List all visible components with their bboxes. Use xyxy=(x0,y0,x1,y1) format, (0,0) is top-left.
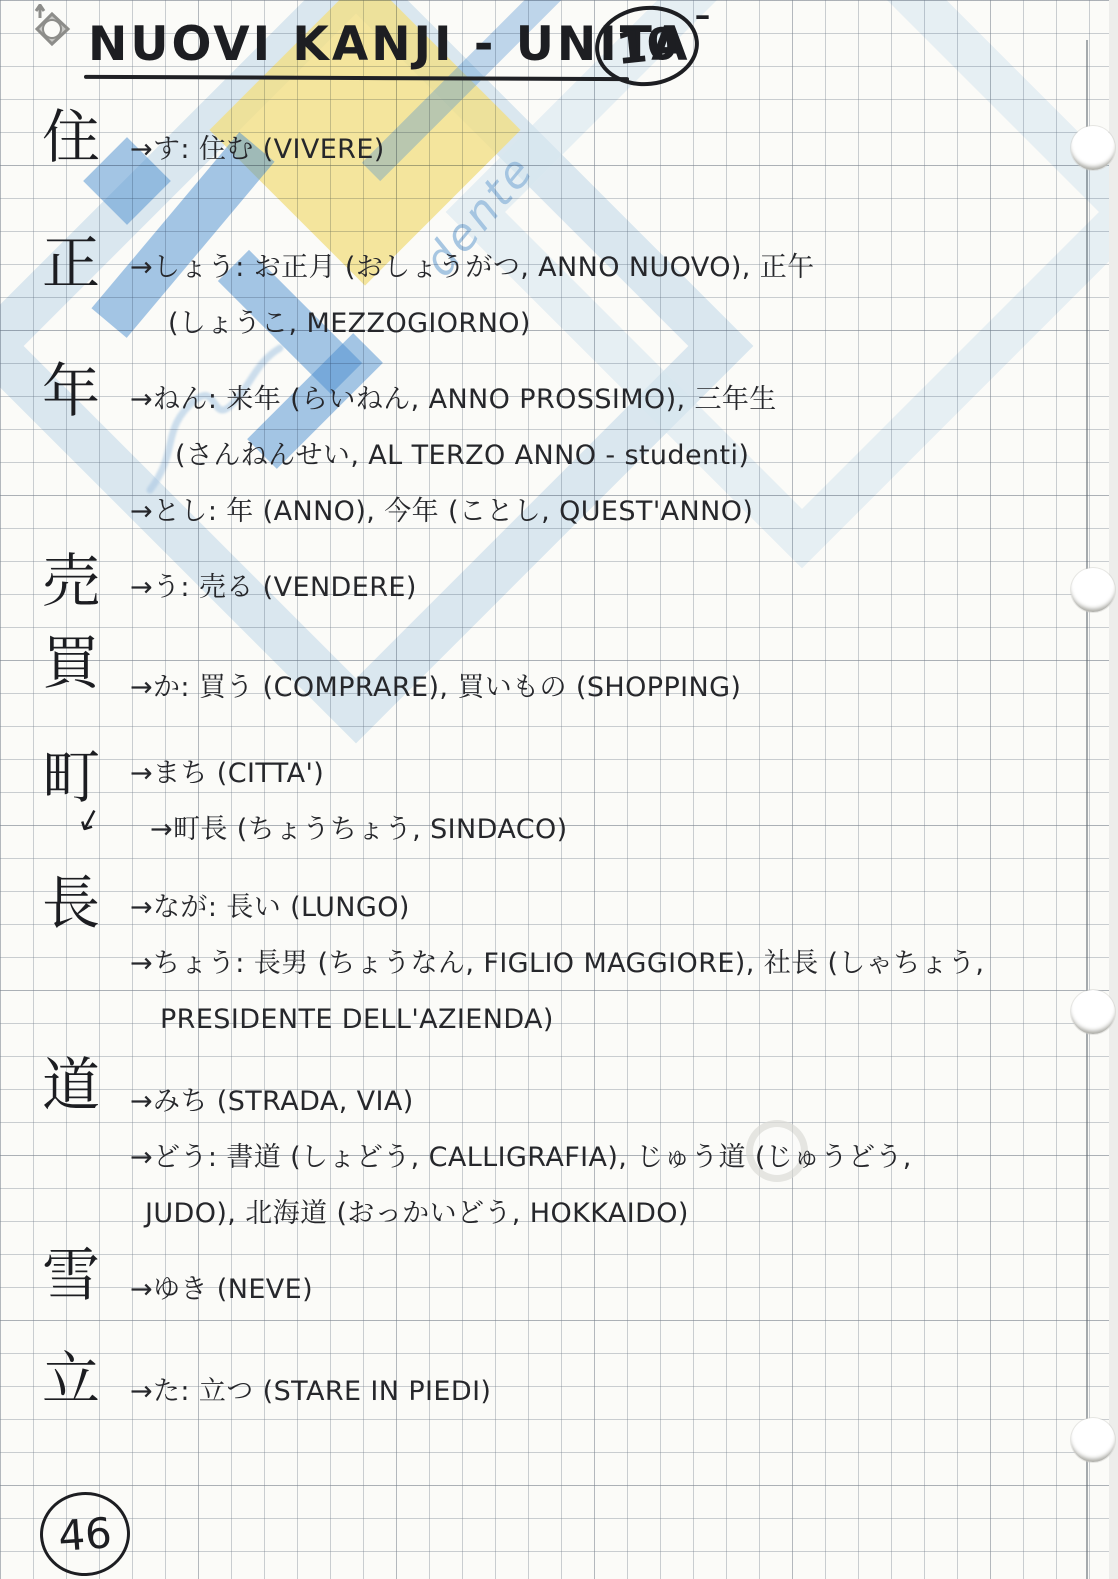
entry-lines: →しょう: お正月 (おしょうがつ, ANNO NUOVO), 正午 (しょうこ… xyxy=(130,240,815,352)
entry-lines: →す: 住む (VIVERE) xyxy=(130,122,385,178)
entry-line: →ちょう: 長男 (ちょうなん, FIGLIO MAGGIORE), 社長 (し… xyxy=(130,936,984,992)
kanji-character: 立 xyxy=(42,1350,100,1408)
entry-lines: →ねん: 来年 (らいねん, ANNO PROSSIMO), 三年生 (さんねん… xyxy=(130,372,777,540)
entry-lines: →ゆき (NEVE) xyxy=(130,1262,313,1318)
kanji-character: 町 xyxy=(42,748,100,806)
entry-line: →まち (CITTA') xyxy=(130,746,568,802)
entry-line: →しょう: お正月 (おしょうがつ, ANNO NUOVO), 正午 xyxy=(130,240,815,296)
title-underline xyxy=(84,75,629,81)
entry-line: →どう: 書道 (しょどう, CALLIGRAFIA), じゅう道 (じゅうどう… xyxy=(130,1130,912,1186)
entry-line: (さんねんせい, AL TERZO ANNO - studenti) xyxy=(175,428,777,484)
kanji-character: 買 xyxy=(42,634,100,692)
entry-line: →ゆき (NEVE) xyxy=(130,1262,313,1318)
kanji-character: 長 xyxy=(42,874,100,932)
entry-line: →みち (STRADA, VIA) xyxy=(130,1074,912,1130)
kanji-character: 住 xyxy=(42,108,100,166)
handwriting-layer: NUOVI KANJI - UNITA¯ 10 住 →す: 住む (VIVERE… xyxy=(0,0,1118,1579)
entry-line: →ねん: 来年 (らいねん, ANNO PROSSIMO), 三年生 xyxy=(130,372,777,428)
entry-lines: →まち (CITTA') →町長 (ちょうちょう, SINDACO) xyxy=(130,746,568,858)
kanji-character: 年 xyxy=(42,362,100,420)
entry-lines: →なが: 長い (LUNGO) →ちょう: 長男 (ちょうなん, FIGLIO … xyxy=(130,880,984,1048)
entry-line: JUDO), 北海道 (おっかいどう, HOKKAIDO) xyxy=(145,1186,912,1242)
entry-line: PRESIDENTE DELL'AZIENDA) xyxy=(160,992,984,1048)
entry-line: →なが: 長い (LUNGO) xyxy=(130,880,984,936)
circled-page-number: 46 xyxy=(37,1489,133,1579)
entry-lines: →う: 売る (VENDERE) xyxy=(130,560,417,616)
entry-line: →とし: 年 (ANNO), 今年 (ことし, QUEST'ANNO) xyxy=(130,484,777,540)
entry-line: →す: 住む (VIVERE) xyxy=(130,122,385,178)
entry-line: (しょうこ, MEZZOGIORNO) xyxy=(168,296,815,352)
kanji-character: 道 xyxy=(42,1056,100,1114)
kanji-character: 正 xyxy=(42,234,100,292)
kanji-character: 売 xyxy=(42,552,100,610)
entry-lines: →みち (STRADA, VIA) →どう: 書道 (しょどう, CALLIGR… xyxy=(130,1074,912,1242)
entry-line: →町長 (ちょうちょう, SINDACO) xyxy=(150,802,568,858)
entry-lines: →か: 買う (COMPRARE), 買いもの (SHOPPING) xyxy=(130,660,741,716)
entry-line: →た: 立つ (STARE IN PIEDI) xyxy=(130,1364,491,1420)
entry-line: →う: 売る (VENDERE) xyxy=(130,560,417,616)
kanji-character: 雪 xyxy=(42,1246,100,1304)
notebook-page: dente NUOVI KANJI - UNITA¯ 10 住 →す: 住む (… xyxy=(0,0,1118,1579)
entry-lines: →た: 立つ (STARE IN PIEDI) xyxy=(130,1364,491,1420)
entry-line: →か: 買う (COMPRARE), 買いもの (SHOPPING) xyxy=(130,660,741,716)
